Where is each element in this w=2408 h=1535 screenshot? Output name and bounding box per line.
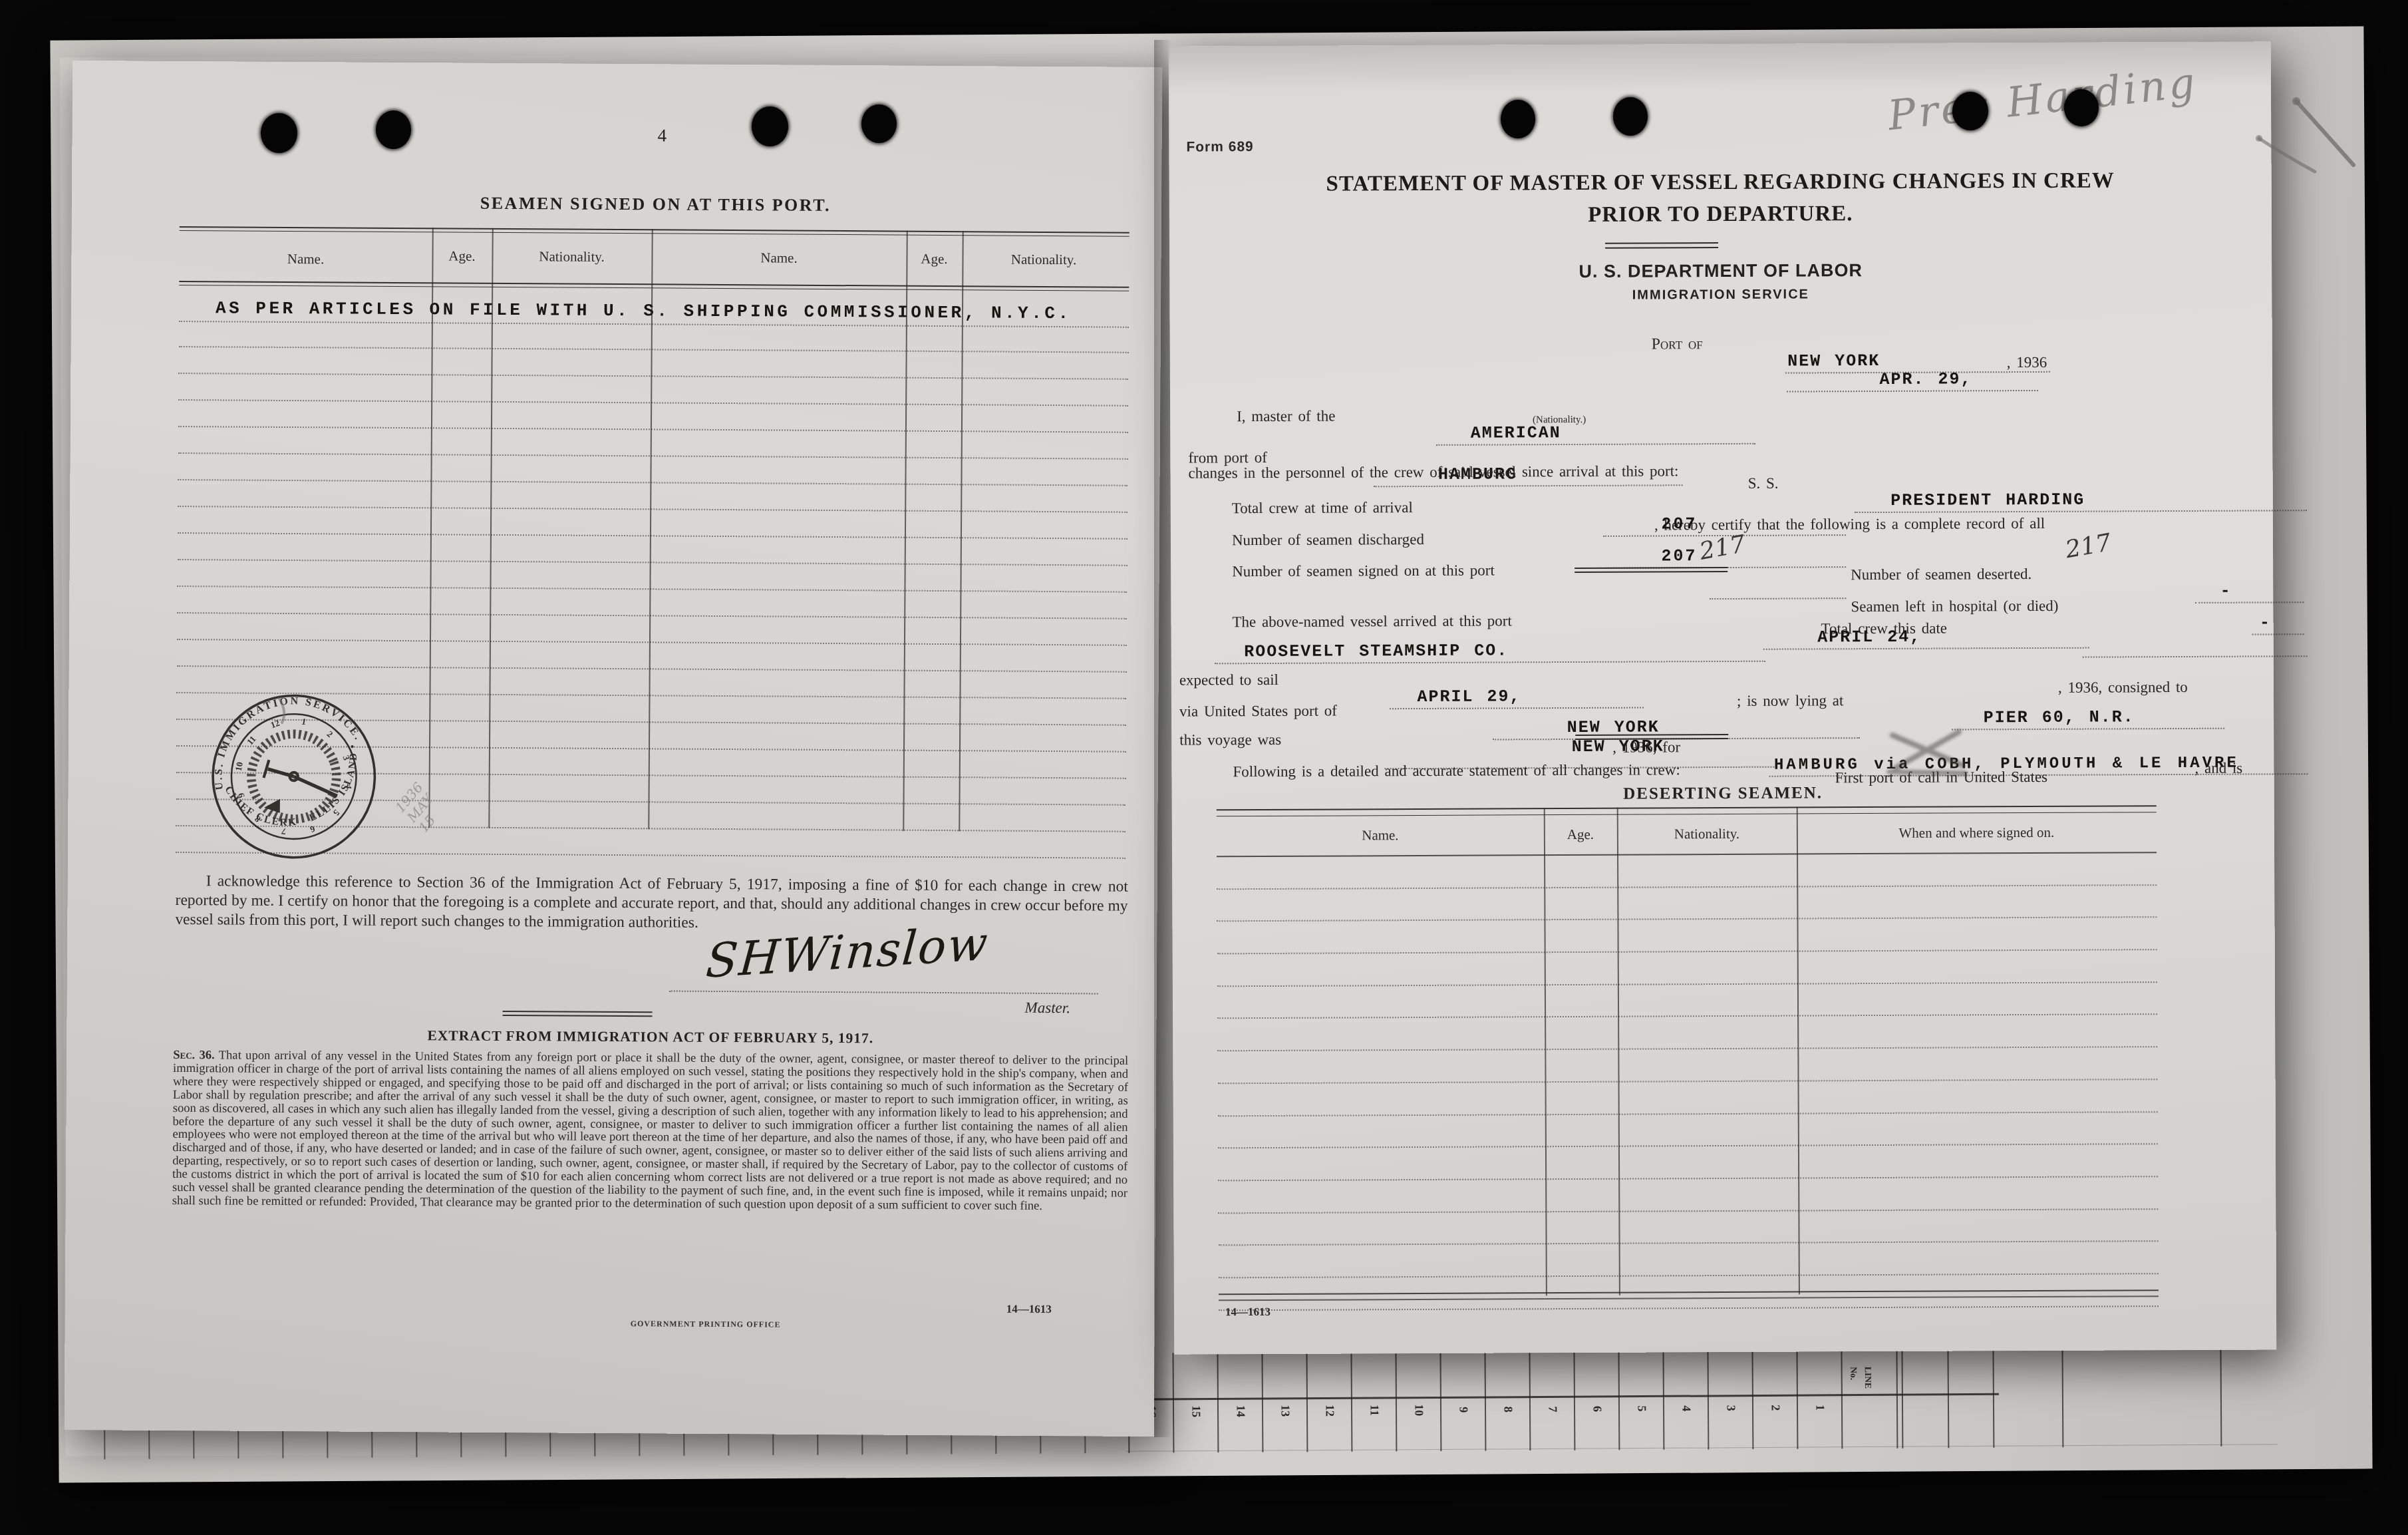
printed-year: , 1936 [2007,354,2047,371]
table-row [1217,886,2157,922]
line-number-cell: 4 [1662,1349,1708,1449]
section-divider [1575,734,1728,740]
col-header-age: Age. [1544,826,1617,843]
line-number: 13 [1278,1405,1292,1417]
line-number: 2 [1768,1405,1782,1411]
punch-hole [861,104,897,143]
line-number: 11 [1367,1405,1381,1416]
line-number-cell: 9 [1439,1351,1485,1451]
line-no-header: LINE No. [1847,1367,1876,1447]
arrival-line: The above-named vessel arrived at this p… [1171,592,2273,620]
line-number: 14 [1233,1405,1247,1417]
title-divider [1605,242,1718,249]
seamen-signed-on-page: 4 SEAMEN SIGNED ON AT THIS PORT. Name. A… [65,61,1163,1437]
printing-office-imprint: GOVERNMENT PRINTING OFFICE [631,1319,781,1329]
strip-column-line [1947,1348,1949,1448]
line-number-cell: 3 [1707,1349,1752,1449]
deserting-seamen-table: Name. Age. Nationality. When and where s… [1217,805,2159,1301]
table-row [1218,1177,2158,1214]
master-line: I, master of the AMERICAN S. S. PRESIDEN… [1170,386,2272,415]
left-page-heading: SEAMEN SIGNED ON AT THIS PORT. [182,192,1129,218]
table-row [1217,853,2157,890]
punch-hole [2064,89,2099,126]
stats-row-3: Number of seamen signed on at this port … [1171,541,2273,570]
voyage-label: this voyage was [1179,731,1281,749]
line-no-word: No. [1847,1367,1861,1447]
signature-line [669,991,1098,995]
service-heading: IMMIGRATION SERVICE [1169,285,2272,305]
section-divider [503,1011,653,1017]
strip-double-line [1901,1349,1903,1449]
col-header-signed-on: When and where signed on. [1797,824,2157,842]
col-header-nationality: Nationality. [962,251,1125,268]
line-number-cell: 2 [1751,1349,1797,1449]
line-no-word: LINE [1861,1367,1875,1447]
extract-body-text: That upon arrival of any vessel in the U… [172,1048,1128,1213]
line-number-cell: 6 [1573,1350,1618,1450]
extract-section-lead: Sec. 36. [173,1048,215,1062]
line-number: 3 [1724,1405,1737,1411]
department-heading: U. S. DEPARTMENT OF LABOR [1169,258,2272,283]
strip-column-line [1992,1348,1994,1448]
line-number-cell: 8 [1484,1351,1529,1450]
table-row [1217,983,2157,1019]
col-header-nationality: Nationality. [492,248,651,265]
deserting-seamen-heading: DESERTING SEAMEN. [1172,782,2274,805]
port-line: Port of NEW YORK [1170,315,2272,344]
table-row [1217,1015,2157,1052]
statement-of-master-page: Form 689 Pres Harding STATEMENT OF MASTE… [1169,41,2277,1354]
table-row [1218,1112,2158,1149]
line-number-cell: 14 [1217,1353,1262,1452]
stamp-clock-numeral: 12 [269,718,281,731]
signature-caption: Master. [1025,999,1071,1017]
line-number: 8 [1501,1407,1515,1413]
strip-column-line [2220,1347,2222,1447]
stamp-clock-numeral: 9 [235,791,246,799]
line-number: 1 [1813,1405,1827,1411]
punch-hole [1952,92,1988,130]
table-row [1217,1047,2157,1084]
punch-hole [752,106,788,146]
sail-line: expected to sail APRIL 29, , 1936, for H… [1171,649,2274,678]
line-number: 7 [1545,1406,1559,1412]
from-port-line: from port of HAMBURG , hereby certify th… [1170,427,2272,456]
table-row [1218,1080,2158,1116]
col-header-name: Name. [1217,826,1544,844]
line-number-cell: 12 [1306,1352,1351,1452]
col-header-age: Age. [906,251,962,268]
scanned-document-photo: Form 710 A SHIPPING SERVICE Arts. 113 an… [0,0,2408,1535]
form-title-line1: STATEMENT OF MASTER OF VESSEL REGARDING … [1169,168,2272,197]
pencil-vessel-note: Pres Harding [1885,58,2200,140]
col-header-nationality: Nationality. [1617,826,1797,843]
page-seam-shadow [1154,40,1177,1437]
line-number-cell: 1 [1796,1349,1841,1449]
line-number-strip: 16151413121110987654321 [1128,1349,1843,1453]
line-number-cell: 10 [1395,1351,1440,1451]
line-number: 9 [1456,1407,1470,1413]
extract-paragraph: Sec. 36. That upon arrival of any vessel… [172,1049,1128,1214]
strip-double-line [1896,1349,1898,1449]
as-per-articles-note: AS PER ARTICLES ON FILE WITH U. S. SHIPP… [216,298,1072,323]
via-line: via United States port of NEW YORK First… [1171,681,2274,709]
punch-hole [1501,100,1535,138]
line-number: 6 [1590,1406,1604,1412]
strip-column-line [2061,1347,2063,1447]
extract-heading: EXTRACT FROM IMMIGRATION ACT OF FEBRUARY… [176,1026,1124,1049]
table-row [1219,1242,2159,1278]
col-header-age: Age. [432,248,492,265]
table-row [1217,950,2157,987]
consignee-line: ROOSEVELT STEAMSHIP CO. ; is now lying a… [1171,621,2274,649]
form-print-number: 14—1613 [1225,1305,1271,1319]
stats-row-1: Total crew at time of arrival 207 Number… [1171,478,2273,506]
line-number-cell: 7 [1529,1351,1574,1450]
stamp-clock-numeral: 2 [325,729,335,739]
line-number: 5 [1634,1406,1648,1412]
master-prefix: I, master of the [1237,408,1335,426]
form-number: Form 689 [1186,139,1253,155]
line-number: 15 [1189,1405,1203,1417]
deserted-label: Number of seamen deserted. [1851,566,2032,584]
stamp-clock-numeral: 6 [309,824,317,834]
form-title-line2: PRIOR TO DEPARTURE. [1169,200,2272,229]
date-line: APR. 29, , 1936 [1170,351,2272,380]
line-number-cell: 5 [1618,1350,1663,1450]
table-row [1217,918,2157,955]
empty-rows [1217,853,2159,1311]
table-top-rule [1217,805,2157,816]
line-number-cell: 13 [1261,1352,1306,1452]
stamp-clock-numeral: 1 [301,717,307,727]
port-label: Port of [1652,335,1703,353]
line-number-cell: 11 [1350,1351,1396,1451]
following-line: Following is a detailed and accurate sta… [1233,761,1680,787]
line-number-cell: 15 [1172,1353,1217,1452]
line-number: 12 [1322,1405,1336,1417]
line-number: 4 [1679,1405,1693,1411]
table-row [1218,1144,2158,1181]
punch-hole [376,110,411,149]
table-top-rule [180,226,1129,237]
col-header-name: Name. [179,250,432,268]
table-row [1218,1210,2158,1246]
date-value: APR. 29, [1879,369,1972,389]
signed-on-label: Number of seamen signed on at this port [1232,562,1495,580]
punch-hole [1613,97,1648,136]
page-number: 4 [658,125,667,146]
punch-hole [261,113,297,153]
rotated-table-hidden-columns [50,26,2363,40]
header-bottom-rule [179,281,1129,291]
col-header-name: Name. [651,249,906,267]
stamp-clock-numeral: 10 [233,761,245,772]
nationality-caption: (Nationality.) [1449,414,1669,426]
line-number: 10 [1412,1404,1426,1416]
form-print-number: 14—1613 [1006,1303,1052,1316]
section-divider [1575,567,1728,573]
